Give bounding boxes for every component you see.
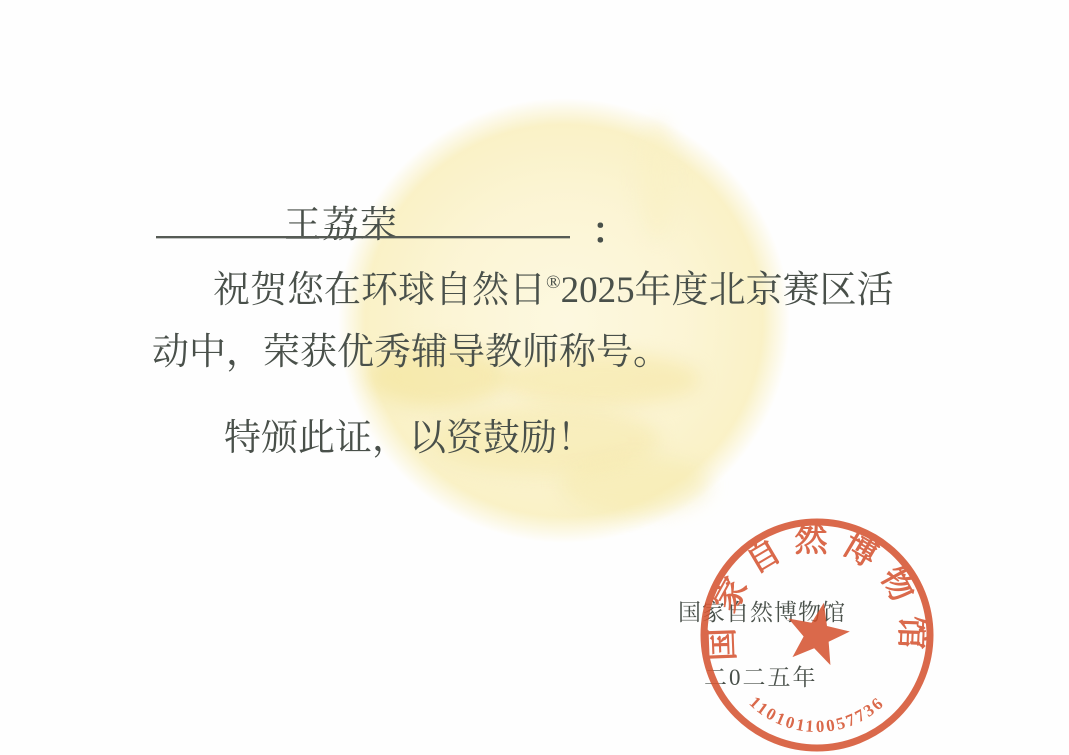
- registered-trademark-mark: ®: [546, 272, 561, 293]
- certificate-page: 王荔荣 ： 祝贺您在环球自然日®2025年度北京赛区活 动中，荣获优秀辅导教师称…: [0, 0, 1069, 755]
- stamp-arc-text: 国家自然博物馆: [703, 522, 931, 662]
- body-line-1: 祝贺您在环球自然日®2025年度北京赛区活: [213, 259, 894, 313]
- body-line-2: 动中，荣获优秀辅导教师称号。: [152, 321, 670, 375]
- stamp-serial-number: 11010110057736: [746, 693, 889, 737]
- stamp-outer-ring: [704, 522, 930, 748]
- watermark-blotch: [640, 120, 674, 240]
- salutation-colon: ：: [592, 203, 628, 254]
- watermark-blotch: [560, 455, 710, 515]
- official-stamp-seal: 国家自然博物馆 11010110057736: [692, 510, 942, 755]
- issue-date: 二0二五年: [704, 659, 818, 692]
- issuer-name: 国家自然博物馆: [678, 594, 846, 627]
- closing-line: 特颁此证，以资鼓励！: [224, 407, 594, 461]
- recipient-name: 王荔荣: [284, 194, 398, 248]
- stamp-arc-text-path: 国家自然博物馆: [703, 522, 931, 662]
- name-underline: [156, 236, 570, 238]
- body-line-1-post: 2025年度北京赛区活: [561, 270, 894, 311]
- stamp-serial-number-path: 11010110057736: [746, 693, 889, 737]
- body-line-1-pre: 祝贺您在环球自然日: [213, 270, 546, 311]
